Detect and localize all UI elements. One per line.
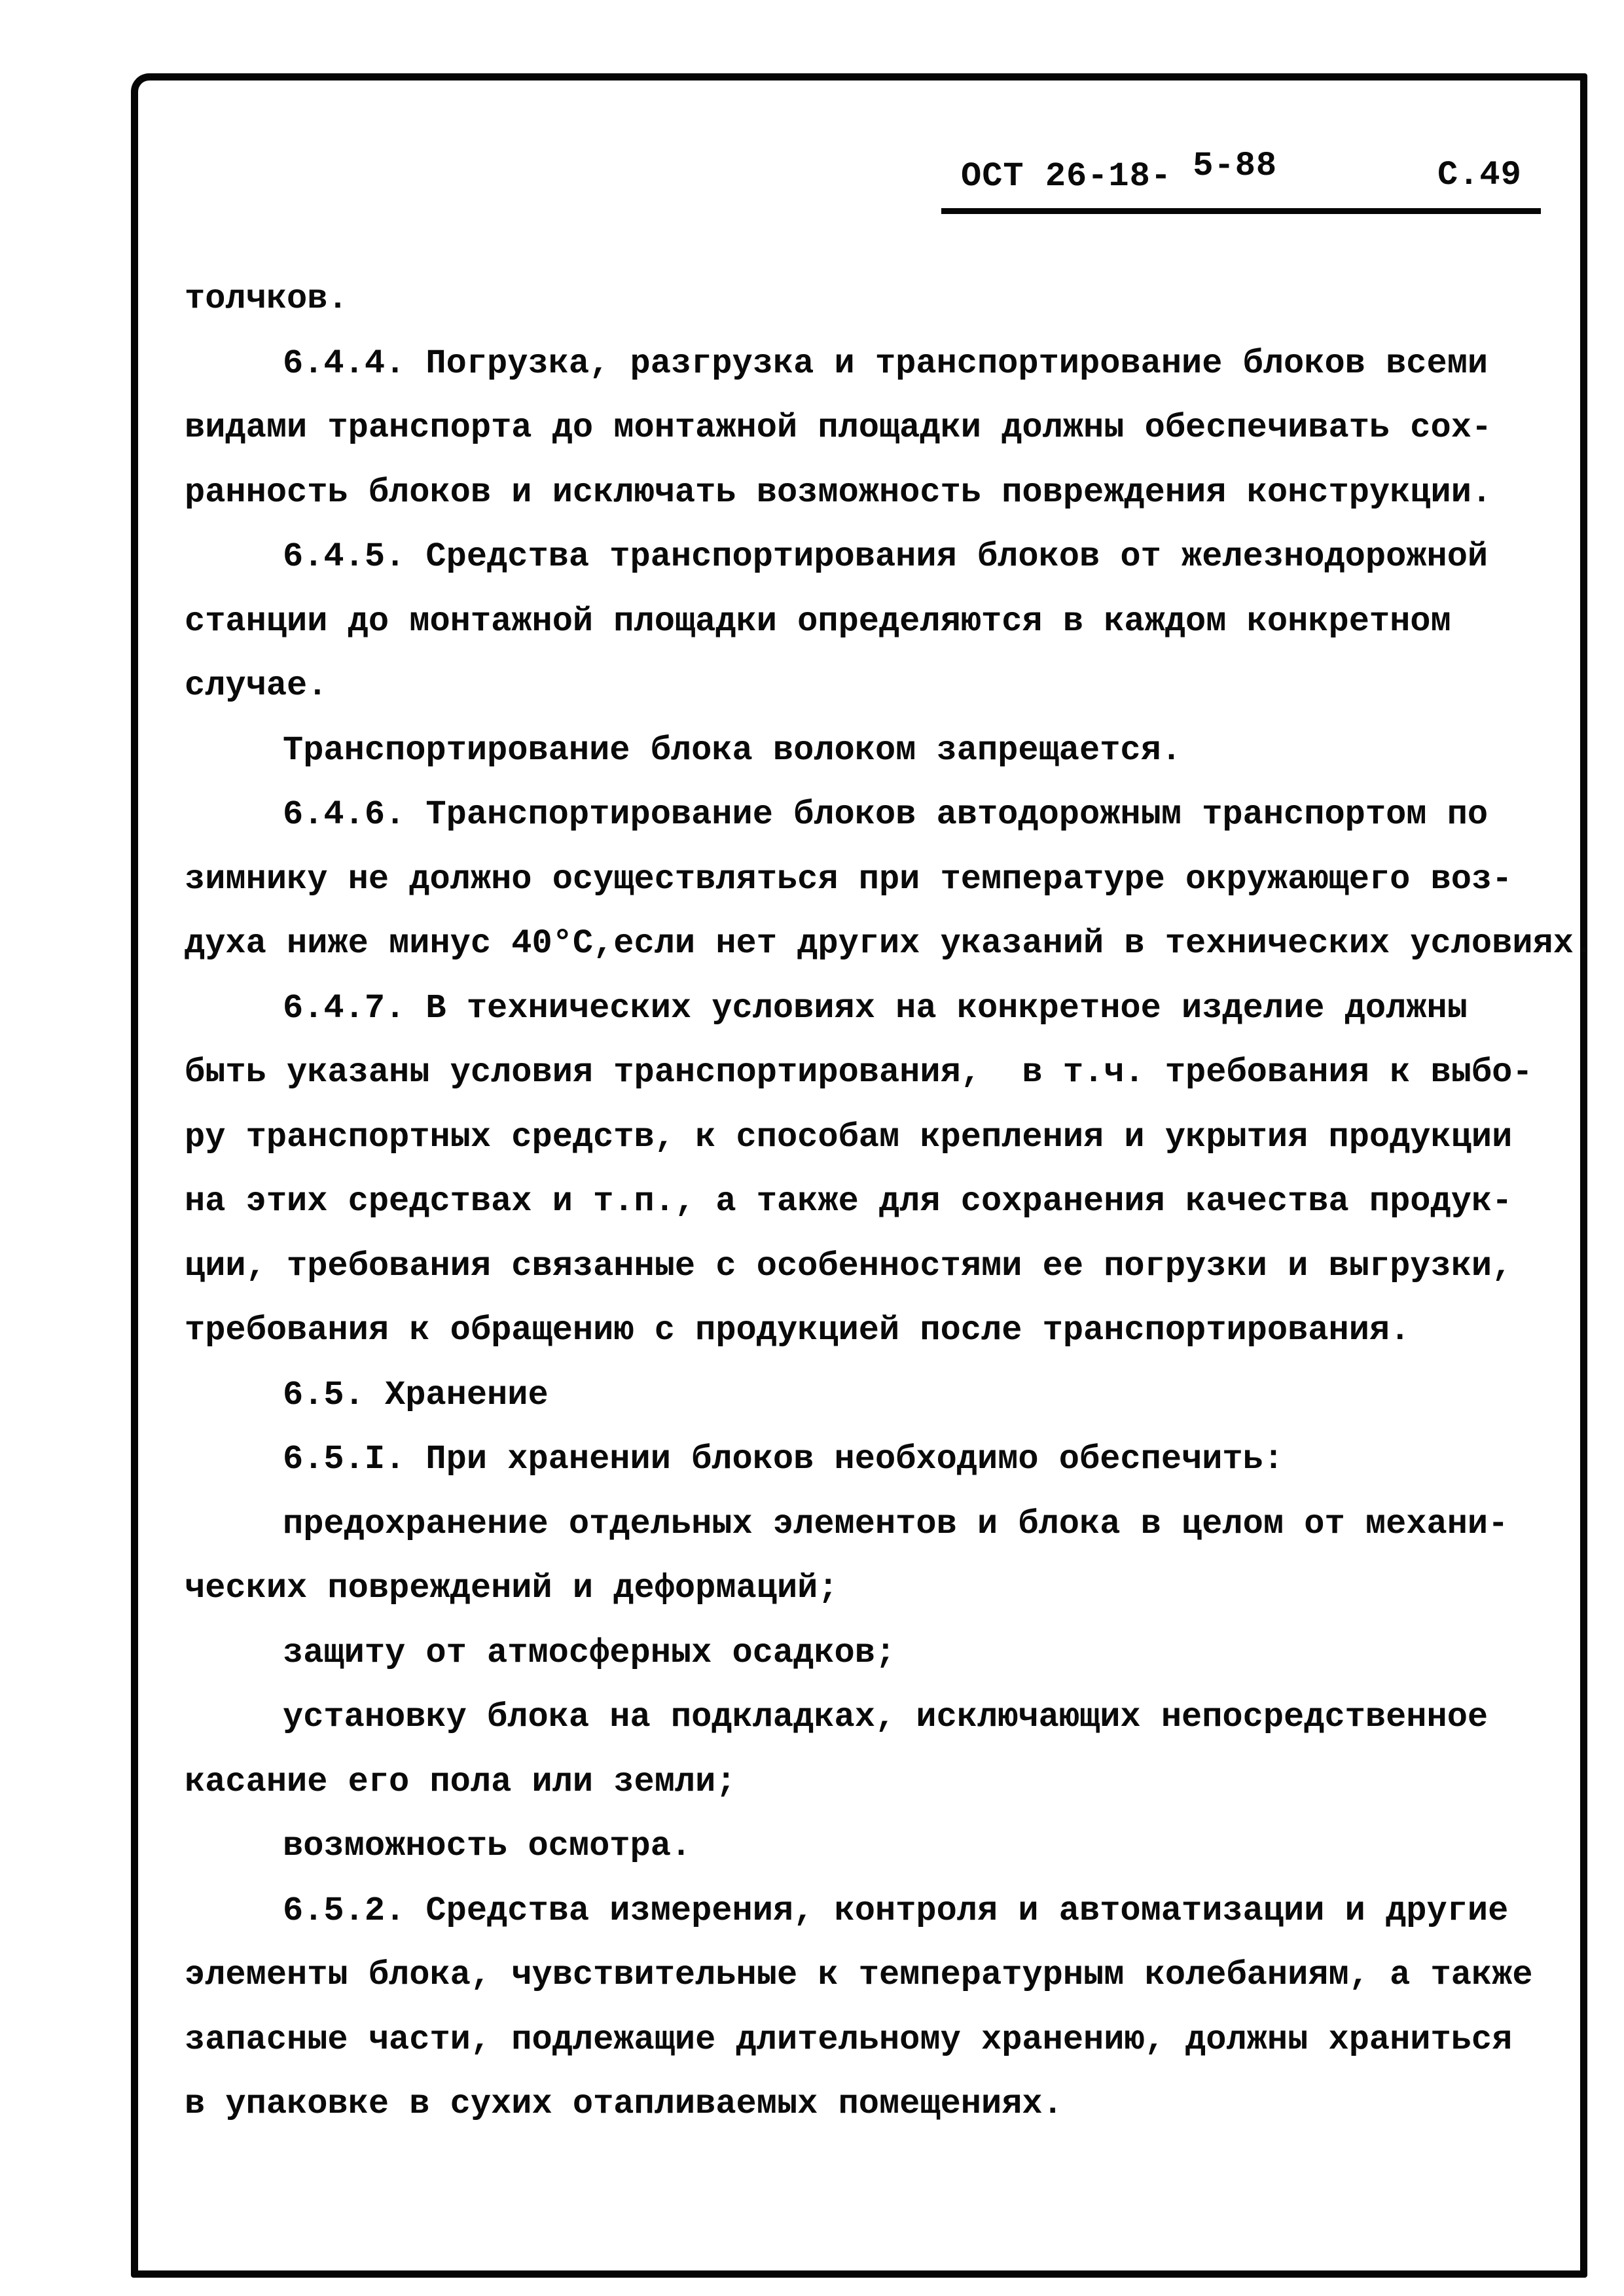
text-line: 6.5.I. При хранении блоков необходимо об… xyxy=(185,1427,1589,1492)
text-line: случае. xyxy=(185,654,1589,719)
text-line: станции до монтажной площадки определяют… xyxy=(185,590,1589,655)
page-number: С.49 xyxy=(1437,156,1522,194)
text-line: предохранение отдельных элементов и блок… xyxy=(185,1492,1589,1557)
text-line: установку блока на подкладках, исключающ… xyxy=(185,1685,1589,1750)
text-line: толчков. xyxy=(185,267,1589,332)
text-line: ранность блоков и исключать возможность … xyxy=(185,461,1589,526)
text-line: 6.4.5. Средства транспортирования блоков… xyxy=(185,525,1589,590)
text-line: возможность осмотра. xyxy=(185,1814,1589,1879)
text-line: быть указаны условия транспортирования, … xyxy=(185,1041,1589,1105)
text-line: 6.4.4. Погрузка, разгрузка и транспортир… xyxy=(185,332,1589,397)
text-line: зимнику не должно осуществляться при тем… xyxy=(185,848,1589,912)
document-number-prefix: ОСТ 26-18- xyxy=(961,157,1172,196)
text-line: касание его пола или земли; xyxy=(185,1750,1589,1815)
text-line: ции, требования связанные с особенностям… xyxy=(185,1234,1589,1299)
text-line: на этих средствах и т.п., а также для со… xyxy=(185,1170,1589,1234)
header-underline xyxy=(941,208,1541,214)
text-line: 6.5.2. Средства измерения, контроля и ав… xyxy=(185,1879,1589,1944)
doc-body: толчков.6.4.4. Погрузка, разгрузка и тра… xyxy=(185,267,1589,2137)
document-number: ОСТ 26-18- 5-88 xyxy=(961,157,1277,196)
text-line: требования к обращению с продукцией посл… xyxy=(185,1299,1589,1363)
text-line: 6.4.6. Транспортирование блоков автодоро… xyxy=(185,783,1589,848)
text-line: 6.4.7. В технических условиях на конкрет… xyxy=(185,977,1589,1041)
text-line: духа ниже минус 40°С,если нет других ука… xyxy=(185,912,1589,977)
document-number-suffix: 5-88 xyxy=(1193,147,1277,185)
text-line: Транспортирование блока волоком запрещае… xyxy=(185,719,1589,783)
scanned-document-page: { "header": { "standard_prefix": "ОСТ 26… xyxy=(0,0,1624,2296)
text-line: ческих повреждений и деформаций; xyxy=(185,1556,1589,1621)
text-line: видами транспорта до монтажной площадки … xyxy=(185,396,1589,461)
text-line: 6.5. Хранение xyxy=(185,1363,1589,1428)
text-line: запасные части, подлежащие длительному х… xyxy=(185,2008,1589,2073)
text-line: ру транспортных средств, к способам креп… xyxy=(185,1105,1589,1170)
text-line: элементы блока, чувствительные к темпера… xyxy=(185,1943,1589,2008)
text-line: защиту от атмосферных осадков; xyxy=(185,1621,1589,1686)
text-line: в упаковке в сухих отапливаемых помещени… xyxy=(185,2072,1589,2137)
